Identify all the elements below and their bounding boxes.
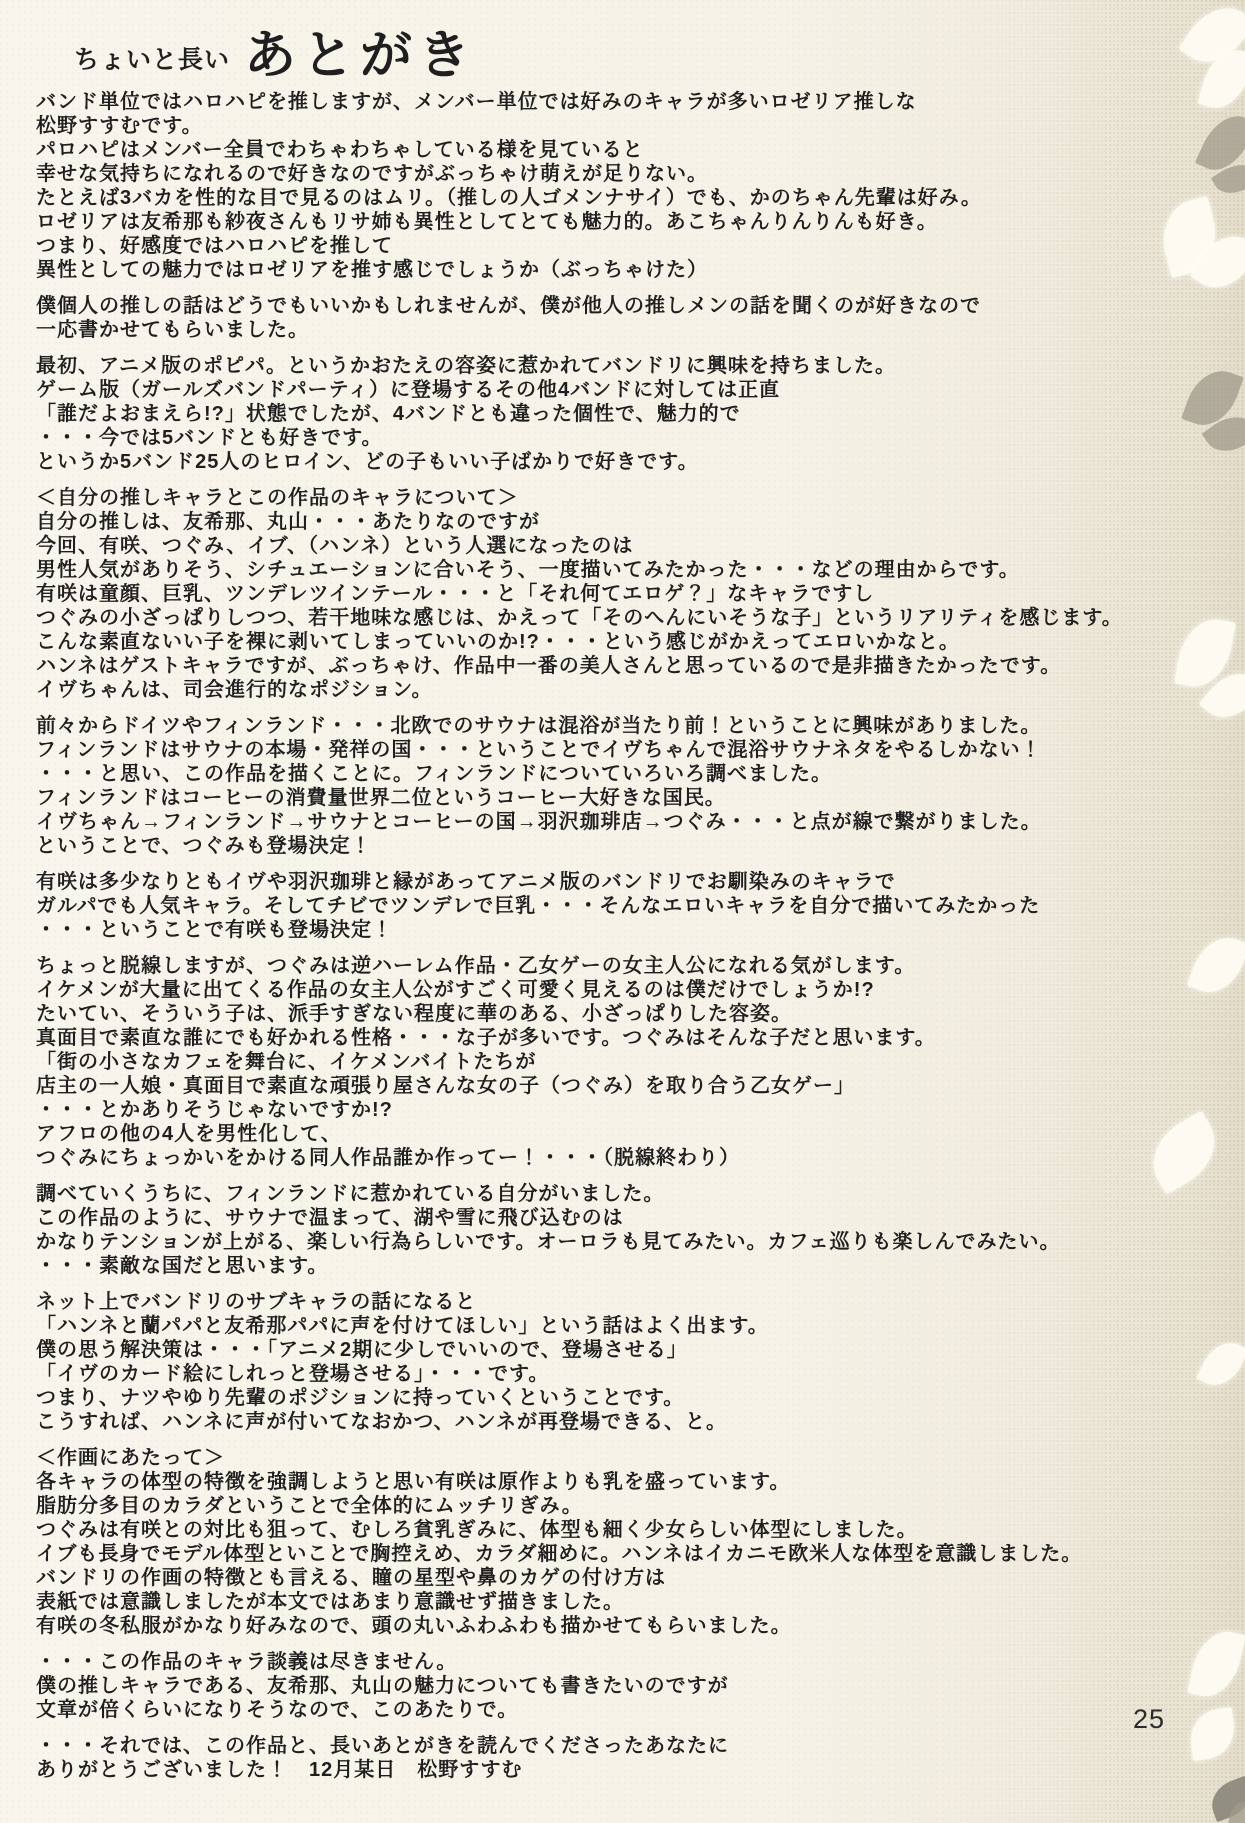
text-line: ちょっと脱線しますが、つぐみは逆ハーレム作品・乙女ゲーの女主人公になれる気がしま…: [36, 954, 1245, 978]
paragraph: 調べていくうちに、フィンランドに惹かれている自分がいました。この作品のように、サ…: [36, 1182, 1245, 1278]
text-line: アフロの他の4人を男性化して、: [36, 1122, 1245, 1146]
text-line: つぐみの小ざっぱりしつつ、若干地味な感じは、かえって「そのへんにいそうな子」とい…: [36, 606, 1245, 630]
text-line: ＜自分の推しキャラとこの作品のキャラについて＞: [36, 486, 1245, 510]
text-line: 真面目で素直な誰にでも好かれる性格・・・な子が多いです。つぐみはそんな子だと思い…: [36, 1026, 1245, 1050]
paragraph: ネット上でバンドリのサブキャラの話になると「ハンネと蘭パパと友希那パパに声を付け…: [36, 1290, 1245, 1434]
text-line: 僕の推しキャラである、友希那、丸山の魅力についても書きたいのですが: [36, 1674, 1245, 1698]
text-line: つぐみにちょっかいをかける同人作品誰か作ってー！・・・（脱線終わり）: [36, 1146, 1245, 1170]
text-line: 「ハンネと蘭パパと友希那パパに声を付けてほしい」という話はよく出ます。: [36, 1314, 1245, 1338]
text-line: ガルパでも人気キャラ。そしてチビでツンデレで巨乳・・・そんなエロいキャラを自分で…: [36, 894, 1245, 918]
text-line: こんな素直ないい子を裸に剥いてしまっていいのか!?・・・という感じがかえってエロ…: [36, 630, 1245, 654]
text-line: 自分の推しは、友希那、丸山・・・あたりなのですが: [36, 510, 1245, 534]
text-line: バンド単位ではハロハピを推しますが、メンバー単位では好みのキャラが多いロゼリア推…: [36, 90, 1245, 114]
text-line: つまり、好感度ではハロハピを推して: [36, 234, 1245, 258]
text-line: 文章が倍くらいになりそうなので、このあたりで。: [36, 1698, 1245, 1722]
text-line: たいてい、そういう子は、派手すぎない程度に華のある、小ざっぱりした容姿。: [36, 1002, 1245, 1026]
text-line: 男性人気がありそう、シチュエーションに合いそう、一度描いてみたかった・・・などの…: [36, 558, 1245, 582]
paragraph: 僕個人の推しの話はどうでもいいかもしれませんが、僕が他人の推しメンの話を聞くのが…: [36, 294, 1245, 342]
text-line: ・・・この作品のキャラ談義は尽きません。: [36, 1650, 1245, 1674]
text-line: こうすれば、ハンネに声が付いてなおかつ、ハンネが再登場できる、と。: [36, 1410, 1245, 1434]
text-line: 「イヴのカード絵にしれっと登場させる」・・・です。: [36, 1362, 1245, 1386]
text-line: 松野すすむです。: [36, 114, 1245, 138]
text-line: ありがとうございました！ 12月某日 松野すすむ: [36, 1758, 1245, 1782]
text-line: 有咲は多少なりともイヴや羽沢珈琲と縁があってアニメ版のバンドリでお馴染みのキャラ…: [36, 870, 1245, 894]
text-line: ・・・それでは、この作品と、長いあとがきを読んでくださったあなたに: [36, 1734, 1245, 1758]
paragraph: ちょっと脱線しますが、つぐみは逆ハーレム作品・乙女ゲーの女主人公になれる気がしま…: [36, 954, 1245, 1170]
text-line: ・・・とかありそうじゃないですか!?: [36, 1098, 1245, 1122]
text-line: 脂肪分多目のカラダということで全体的にムッチリぎみ。: [36, 1494, 1245, 1518]
text-line: ・・・ということで有咲も登場決定！: [36, 918, 1245, 942]
text-line: バンドリの作画の特徴とも言える、瞳の星型や鼻のカゲの付け方は: [36, 1566, 1245, 1590]
paragraph: ＜自分の推しキャラとこの作品のキャラについて＞自分の推しは、友希那、丸山・・・あ…: [36, 486, 1245, 702]
title-prefix: ちょいと長い: [74, 40, 230, 82]
scanned-page: ちょいと長い あとがき バンド単位ではハロハピを推しますが、メンバー単位では好み…: [0, 0, 1245, 1782]
text-line: つまり、ナツやゆり先輩のポジションに持っていくということです。: [36, 1386, 1245, 1410]
text-line: かなりテンションが上がる、楽しい行為らしいです。オーロラも見てみたい。カフェ巡り…: [36, 1230, 1245, 1254]
text-line: というか5バンド25人のヒロイン、どの子もいい子ばかりで好きです。: [36, 450, 1245, 474]
text-line: ネット上でバンドリのサブキャラの話になると: [36, 1290, 1245, 1314]
text-line: イヴちゃん→フィンランド→サウナとコーヒーの国→羽沢珈琲店→つぐみ・・・と点が線…: [36, 810, 1245, 834]
text-line: パロハピはメンバー全員でわちゃわちゃしている様を見ていると: [36, 138, 1245, 162]
text-line: イヴちゃんは、司会進行的なポジション。: [36, 678, 1245, 702]
page-title: ちょいと長い あとがき: [0, 0, 1245, 86]
afterword-body: バンド単位ではハロハピを推しますが、メンバー単位では好みのキャラが多いロゼリア推…: [0, 86, 1245, 1782]
text-line: 調べていくうちに、フィンランドに惹かれている自分がいました。: [36, 1182, 1245, 1206]
paragraph: ＜作画にあたって＞各キャラの体型の特徴を強調しようと思い有咲は原作よりも乳を盛っ…: [36, 1446, 1245, 1638]
text-line: 各キャラの体型の特徴を強調しようと思い有咲は原作よりも乳を盛っています。: [36, 1470, 1245, 1494]
text-line: 異性としての魅力ではロゼリアを推す感じでしょうか（ぶっちゃけた）: [36, 258, 1245, 282]
page-number: 25: [1133, 1704, 1165, 1735]
text-line: イブも長身でモデル体型といことで胸控えめ、カラダ細めに。ハンネはイカニモ欧米人な…: [36, 1542, 1245, 1566]
text-line: ハンネはゲストキャラですが、ぶっちゃけ、作品中一番の美人さんと思っているので是非…: [36, 654, 1245, 678]
text-line: 「誰だよおまえら!?」状態でしたが、4バンドとも違った個性で、魅力的で: [36, 402, 1245, 426]
text-line: イケメンが大量に出てくる作品の女主人公がすごく可愛く見えるのは僕だけでしょうか!…: [36, 978, 1245, 1002]
text-line: 幸せな気持ちになれるので好きなのですがぶっちゃけ萌えが足りない。: [36, 162, 1245, 186]
text-line: 最初、アニメ版のポピパ。というかおたえの容姿に惹かれてバンドリに興味を持ちました…: [36, 354, 1245, 378]
text-line: 一応書かせてもらいました。: [36, 318, 1245, 342]
text-line: ということで、つぐみも登場決定！: [36, 834, 1245, 858]
text-line: ゲーム版（ガールズバンドパーティ）に登場するその他4バンドに対しては正直: [36, 378, 1245, 402]
text-line: ・・・今では5バンドとも好きです。: [36, 426, 1245, 450]
text-line: つぐみは有咲との対比も狙って、むしろ貧乳ぎみに、体型も細く少女らしい体型にしまし…: [36, 1518, 1245, 1542]
text-line: 「街の小さなカフェを舞台に、イケメンバイトたちが: [36, 1050, 1245, 1074]
text-line: ・・・と思い、この作品を描くことに。フィンランドについていろいろ調べました。: [36, 762, 1245, 786]
text-line: フィンランドはサウナの本場・発祥の国・・・ということでイヴちゃんで混浴サウナネタ…: [36, 738, 1245, 762]
paragraph: 最初、アニメ版のポピパ。というかおたえの容姿に惹かれてバンドリに興味を持ちました…: [36, 354, 1245, 474]
text-line: たとえば3バカを性的な目で見るのはムリ。（推しの人ゴメンナサイ）でも、かのちゃん…: [36, 186, 1245, 210]
text-line: ＜作画にあたって＞: [36, 1446, 1245, 1470]
paragraph: ・・・この作品のキャラ談義は尽きません。僕の推しキャラである、友希那、丸山の魅力…: [36, 1650, 1245, 1722]
paragraph: バンド単位ではハロハピを推しますが、メンバー単位では好みのキャラが多いロゼリア推…: [36, 90, 1245, 282]
text-line: 有咲は童顔、巨乳、ツンデレツインテール・・・と「それ何てエロゲ？」なキャラですし: [36, 582, 1245, 606]
text-line: ・・・素敵な国だと思います。: [36, 1254, 1245, 1278]
text-line: ロゼリアは友希那も紗夜さんもリサ姉も異性としてとても魅力的。あこちゃんりんりんも…: [36, 210, 1245, 234]
text-line: フィンランドはコーヒーの消費量世界二位というコーヒー大好きな国民。: [36, 786, 1245, 810]
paragraph: ・・・それでは、この作品と、長いあとがきを読んでくださったあなたにありがとうござ…: [36, 1734, 1245, 1782]
text-line: 僕の思う解決策は・・・「アニメ2期に少しでいいので、登場させる」: [36, 1338, 1245, 1362]
text-line: 今回、有咲、つぐみ、イブ、（ハンネ）という人選になったのは: [36, 534, 1245, 558]
text-line: 僕個人の推しの話はどうでもいいかもしれませんが、僕が他人の推しメンの話を聞くのが…: [36, 294, 1245, 318]
paragraph: 有咲は多少なりともイヴや羽沢珈琲と縁があってアニメ版のバンドリでお馴染みのキャラ…: [36, 870, 1245, 942]
text-line: 表紙では意識しましたが本文ではあまり意識せず描きました。: [36, 1590, 1245, 1614]
text-line: 前々からドイツやフィンランド・・・北欧でのサウナは混浴が当たり前！ということに興…: [36, 714, 1245, 738]
text-line: 有咲の冬私服がかなり好みなので、頭の丸いふわふわも描かせてもらいました。: [36, 1614, 1245, 1638]
text-line: 店主の一人娘・真面目で素直な頑張り屋さんな女の子（つぐみ）を取り合う乙女ゲー」: [36, 1074, 1245, 1098]
title-main: あとがき: [244, 30, 476, 82]
text-line: この作品のように、サウナで温まって、湖や雪に飛び込むのは: [36, 1206, 1245, 1230]
paragraph: 前々からドイツやフィンランド・・・北欧でのサウナは混浴が当たり前！ということに興…: [36, 714, 1245, 858]
